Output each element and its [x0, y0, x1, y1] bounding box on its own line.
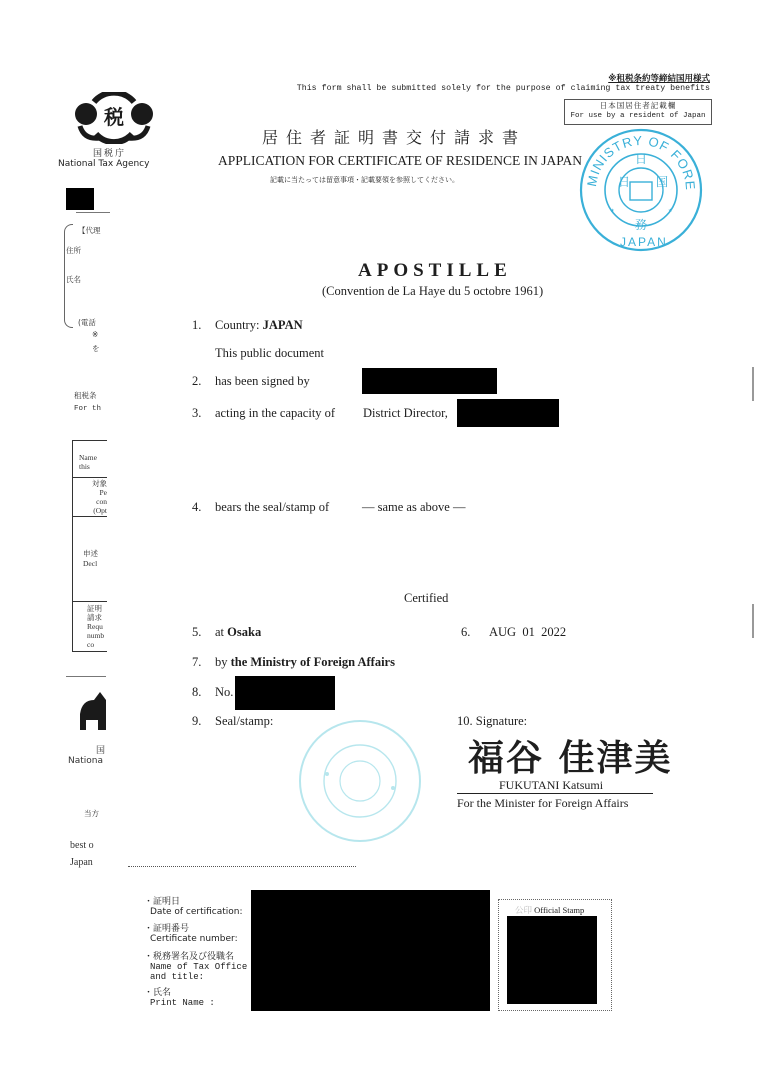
table-row-fragment: 対象Pecon(Opt	[81, 479, 107, 515]
seal-bottom-text: JAPAN	[620, 235, 668, 249]
country-field: Country: JAPAN	[215, 318, 303, 333]
form-title-jp: 居住者証明書交付請求書	[262, 125, 526, 148]
divider	[76, 212, 110, 213]
resident-use-box: 日本国居住者記載欄 For use by a resident of Japan	[564, 99, 712, 125]
svg-text:日: 日	[635, 152, 647, 166]
hereby-fragment: 当方	[84, 808, 99, 819]
item-number: 5.	[192, 625, 201, 640]
official-stamp-label: 公印 Official Stamp	[515, 904, 584, 916]
print-name-label: ・氏名 Print Name :	[144, 988, 215, 1008]
signature-handwritten: 福谷 佳津美	[468, 730, 673, 781]
note-fragment-1: ※	[92, 330, 98, 339]
stamp-redaction	[507, 916, 597, 1004]
signatory-title: For the Minister for Foreign Affairs	[457, 796, 628, 811]
left-form-table-fragment: Namethis 対象Pecon(Opt 申述Decl 証明請求Requnumb…	[72, 440, 107, 652]
svg-text:★: ★	[610, 208, 615, 214]
form-type-note: ※租税条約等締結国用様式	[608, 72, 710, 84]
location-field: at Osaka	[215, 625, 261, 640]
resident-box-jp: 日本国居住者記載欄	[565, 100, 711, 111]
capacity-value: District Director,	[363, 406, 448, 421]
location-value: Osaka	[227, 625, 261, 639]
item-number: 7.	[192, 655, 201, 670]
table-row-fragment: 申述Decl	[83, 549, 98, 569]
cert-number-label: ・証明番号 Certificate number:	[144, 924, 238, 944]
agency-fragment-jp: 国	[96, 743, 105, 756]
country-value: JAPAN	[263, 318, 303, 332]
capacity-redaction	[457, 399, 559, 427]
cert-date-label: ・証明日 Date of certification:	[144, 897, 243, 917]
best-fragment: best o	[70, 840, 94, 851]
capacity-label: acting in the capacity of	[215, 406, 335, 421]
official-stamp-box: 公印 Official Stamp	[498, 899, 612, 1011]
location-label: at	[215, 625, 224, 639]
authority-field: by the Ministry of Foreign Affairs	[215, 655, 395, 670]
form-title-en: APPLICATION FOR CERTIFICATE OF RESIDENCE…	[218, 153, 582, 169]
number-redaction	[235, 676, 335, 710]
number-label: No.	[215, 685, 233, 700]
ministry-seal-stamp-icon: MINISTRY OF FOREIGN AFFAIRS JAPAN 日 日 国 …	[578, 128, 704, 252]
agency-name-jp: 国税庁	[93, 146, 126, 159]
item-number: 9.	[192, 714, 201, 729]
svg-text:★: ★	[668, 208, 673, 214]
name-label-fragment: 氏名	[66, 274, 81, 285]
treaty-fragment-en: For th	[74, 405, 101, 413]
ministry-seal-faint-icon	[297, 718, 423, 844]
signature-label-text: Signature:	[476, 714, 527, 728]
seal-of-value: — same as above —	[362, 500, 465, 515]
svg-text:務: 務	[635, 218, 647, 232]
signature-label: 10. Signature:	[457, 714, 527, 729]
japan-fragment: Japan	[70, 857, 93, 868]
svg-text:国: 国	[656, 175, 668, 189]
item-number: 10.	[457, 714, 473, 728]
seal-stamp-label: Seal/stamp:	[215, 714, 273, 729]
resident-box-en: For use by a resident of Japan	[565, 111, 711, 122]
form-instruction-note: 記載に当たっては留意事項・記載要領を参照してください。	[270, 175, 459, 185]
tax-office-label: ・税務署名及び役職名 Name of Tax Office and title:	[144, 952, 247, 982]
signed-by-label: has been signed by	[215, 374, 310, 389]
treaty-fragment-jp: 租税条	[74, 390, 97, 401]
signature-line	[457, 793, 653, 794]
svg-text:税: 税	[103, 105, 124, 129]
certified-label: Certified	[404, 591, 448, 606]
signed-by-redaction	[362, 368, 497, 394]
item-number: 8.	[192, 685, 201, 700]
form-purpose: This form shall be submitted solely for …	[297, 84, 710, 93]
note-fragment-2: を	[92, 343, 100, 354]
authority-value: the Ministry of Foreign Affairs	[231, 655, 395, 669]
agency-name-en: National Tax Agency	[58, 159, 149, 169]
public-document-label: This public document	[215, 346, 324, 361]
scan-mark	[752, 604, 754, 638]
divider	[66, 676, 106, 677]
item-number: 1.	[192, 318, 201, 333]
certification-redaction	[251, 890, 490, 1011]
dotted-fill-line	[128, 866, 356, 867]
phone-label-fragment: (電話	[78, 317, 96, 328]
certification-date: AUG 01 2022	[489, 625, 566, 640]
national-tax-agency-logo-icon: 税	[72, 92, 156, 144]
authority-label: by	[215, 655, 228, 669]
address-label-fragment: 住所	[66, 245, 81, 256]
redaction-block	[66, 188, 94, 210]
table-row-fragment: 証明請求Requnumbco	[87, 604, 104, 649]
apostille-title: APOSTILLE	[358, 260, 512, 282]
agency-fragment-en: Nationa	[68, 756, 103, 766]
apostille-convention: (Convention de La Haye du 5 octobre 1961…	[322, 284, 543, 299]
item-number: 2.	[192, 374, 201, 389]
table-row-fragment: Namethis	[79, 453, 97, 471]
agent-label-fragment: 【代理	[78, 225, 101, 236]
country-label: Country:	[215, 318, 259, 332]
item-number: 4.	[192, 500, 201, 515]
svg-text:日: 日	[618, 175, 630, 189]
item-number: 6.	[461, 625, 470, 640]
agency-logo-fragment-icon	[80, 690, 106, 736]
item-number: 3.	[192, 406, 201, 421]
seal-of-label: bears the seal/stamp of	[215, 500, 329, 515]
signatory-name: FUKUTANI Katsumi	[499, 778, 603, 793]
scan-mark	[752, 367, 754, 401]
